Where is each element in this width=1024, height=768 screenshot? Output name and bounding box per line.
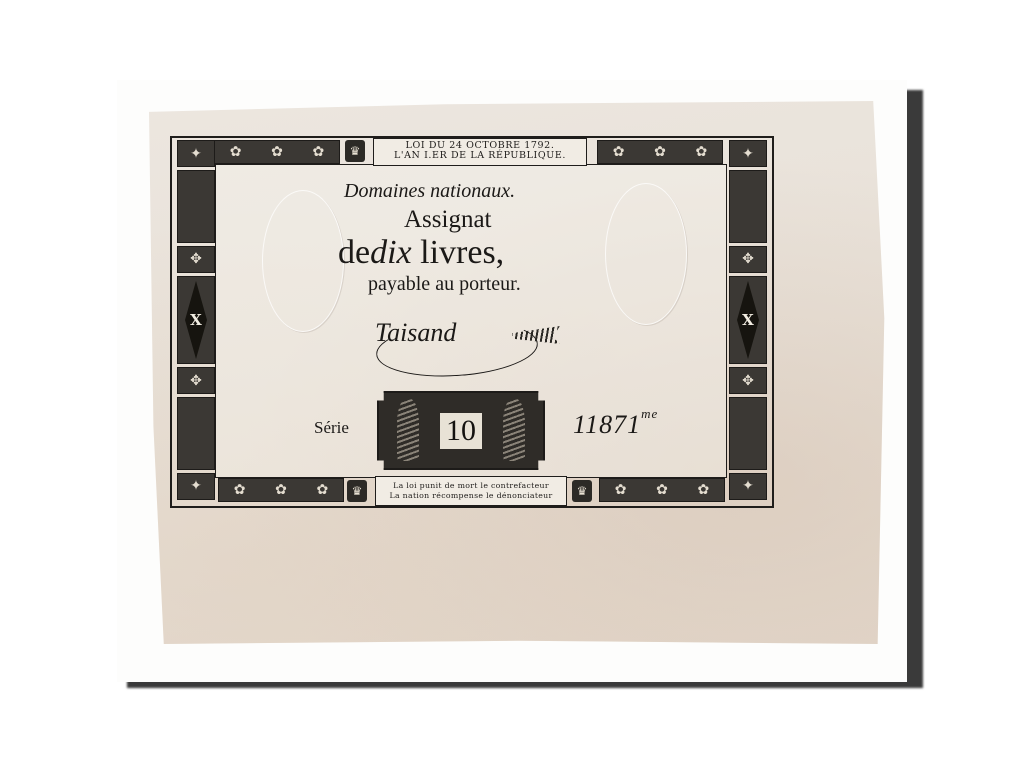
signature: Taisand (375, 318, 456, 348)
serie-label: Série (314, 418, 349, 438)
bottom-right-band: ✿ ✿ ✿ (599, 478, 725, 502)
diamond-star-icon: ✦ (177, 140, 215, 167)
embossed-watermark-left (262, 190, 344, 332)
diamond-x-panel: X (729, 276, 767, 364)
denomination: dedix livres, (338, 234, 504, 272)
denomination-word: dix (370, 234, 412, 271)
vase-ornament-icon (729, 170, 767, 242)
rosette-icon: ✿ (234, 482, 246, 498)
cross-icon: ✥ (729, 246, 767, 273)
left-border: ✦ ✥ X ✥ ✦ (177, 140, 215, 500)
rosette-icon: ✿ (271, 144, 283, 160)
diamond-x-panel: X (177, 276, 215, 364)
rosette-icon: ✿ (654, 144, 666, 160)
rosette-icon: ✿ (613, 144, 625, 160)
angel-figure-icon (397, 399, 419, 461)
diamond-star-icon: ✦ (177, 473, 215, 500)
warning-line-2: La nation récompense le dénonciateur (376, 490, 566, 500)
rosette-icon: ✿ (615, 482, 627, 498)
angel-figure-icon (503, 399, 525, 461)
serial-number: 11871me (573, 410, 658, 440)
medallion-icon: ♛ (345, 140, 365, 162)
payable-text: payable au porteur. (368, 273, 521, 296)
counterfeit-warning-box: La loi punit de mort le contrefacteur La… (375, 476, 567, 506)
right-border: ✦ ✥ X ✥ ✦ (729, 140, 767, 500)
vase-ornament-icon (729, 397, 767, 469)
rosette-icon: ✿ (316, 482, 328, 498)
medallion-icon: ♛ (347, 480, 367, 502)
value-number: 10 (440, 413, 482, 449)
vase-ornament-icon (177, 170, 215, 242)
embossed-watermark-right (605, 183, 687, 325)
rosette-icon: ✿ (275, 482, 287, 498)
rosette-icon: ✿ (312, 144, 324, 160)
bottom-left-band: ✿ ✿ ✿ (218, 478, 344, 502)
cross-icon: ✥ (729, 367, 767, 394)
heading-domaines: Domaines nationaux. (344, 180, 515, 203)
diamond-star-icon: ✦ (729, 140, 767, 167)
cross-icon: ✥ (177, 367, 215, 394)
denomination-prefix: de (338, 234, 370, 271)
cross-icon: ✥ (177, 246, 215, 273)
law-date-box: LOI DU 24 OCTOBRE 1792. L'AN I.ER DE LA … (373, 138, 587, 166)
border-mark: X (185, 281, 207, 359)
serial-suffix: me (641, 406, 658, 421)
rosette-icon: ✿ (695, 144, 707, 160)
rosette-icon: ✿ (230, 144, 242, 160)
top-left-band: ✿ ✿ ✿ (214, 140, 340, 164)
rosette-icon: ✿ (656, 482, 668, 498)
diamond-star-icon: ✦ (729, 473, 767, 500)
serial-digits: 11871 (573, 410, 641, 439)
medallion-icon: ♛ (572, 480, 592, 502)
value-plate: 10 (377, 391, 545, 470)
denomination-suffix: livres, (420, 234, 504, 271)
vase-ornament-icon (177, 397, 215, 469)
rosette-icon: ✿ (697, 482, 709, 498)
law-date-line-2: L'AN I.ER DE LA RÉPUBLIQUE. (374, 151, 586, 161)
warning-line-1: La loi punit de mort le contrefacteur (376, 477, 566, 490)
top-right-band: ✿ ✿ ✿ (597, 140, 723, 164)
title-assignat: Assignat (404, 206, 492, 234)
border-mark: X (737, 281, 759, 359)
